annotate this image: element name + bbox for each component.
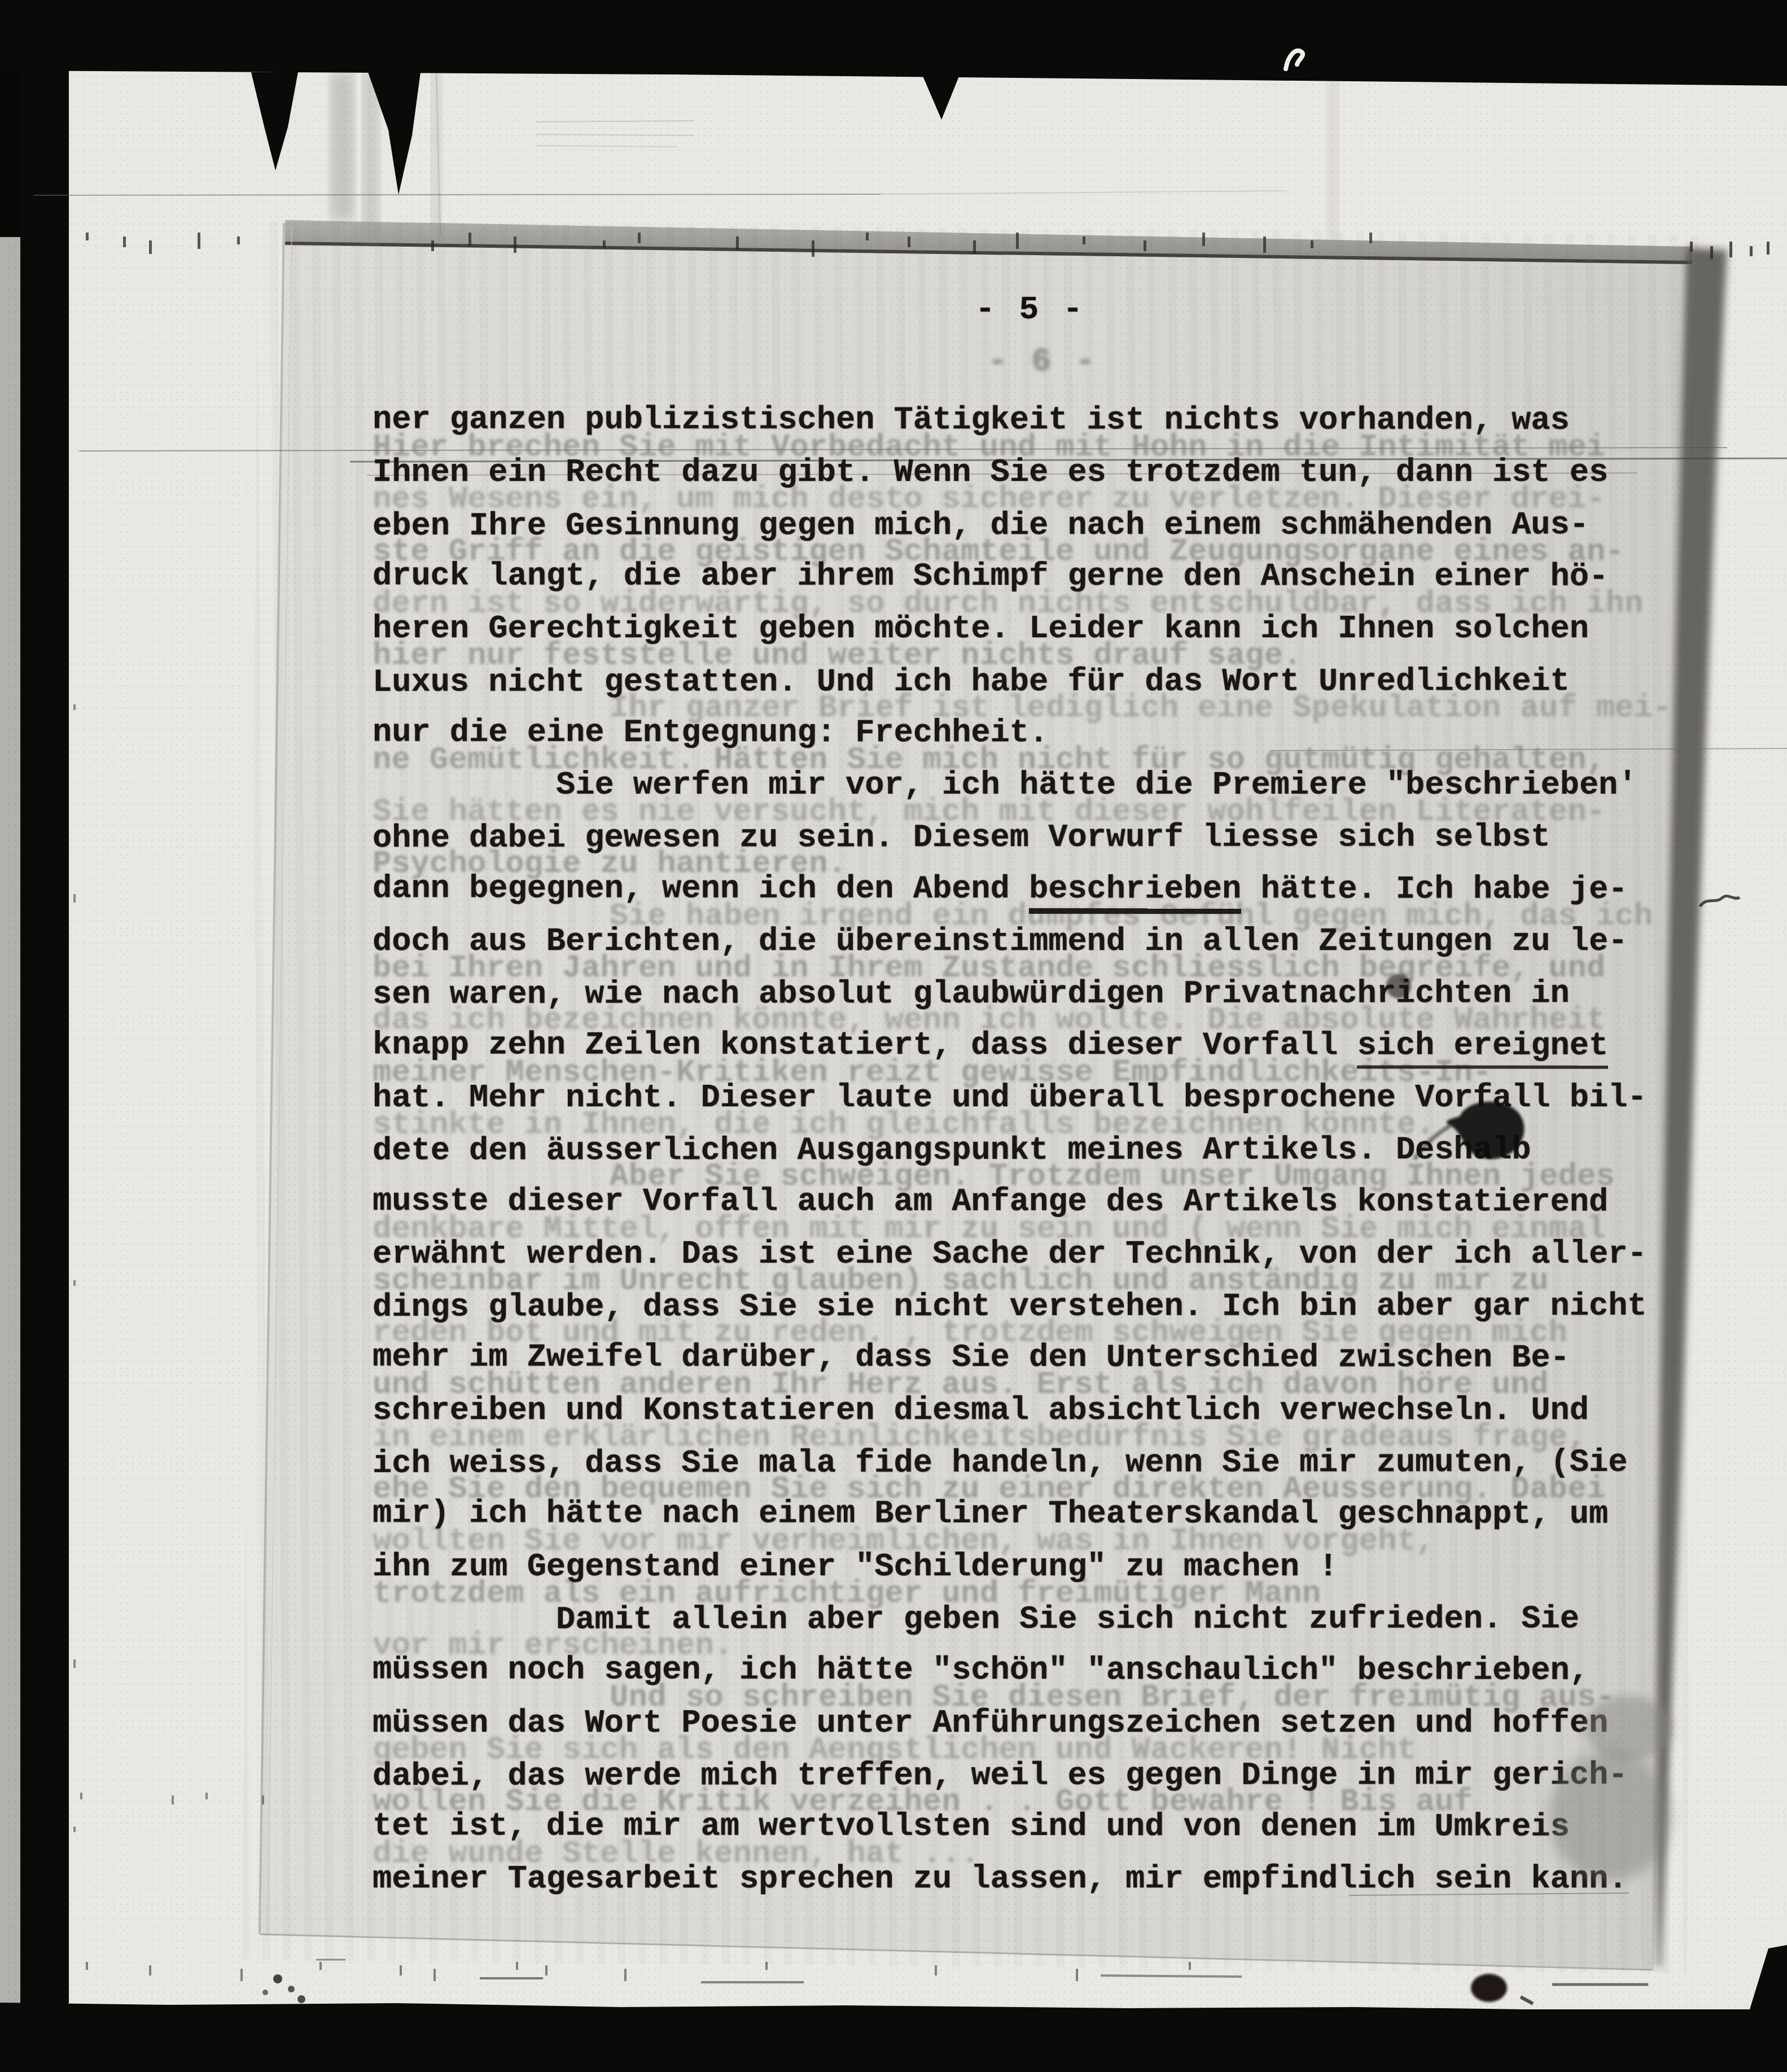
tick-mark bbox=[205, 1793, 208, 1799]
film-tick-marks bbox=[0, 0, 1787, 2072]
tick-mark bbox=[433, 1969, 436, 1981]
tick-mark bbox=[73, 1659, 76, 1668]
tick-mark bbox=[262, 1795, 264, 1804]
tick-mark bbox=[603, 240, 606, 248]
tick-mark bbox=[73, 894, 76, 903]
tick-mark bbox=[1144, 240, 1146, 251]
tick-mark bbox=[149, 1965, 151, 1975]
tick-mark bbox=[1083, 236, 1085, 244]
tick-mark bbox=[86, 233, 89, 240]
tick-mark bbox=[149, 240, 152, 254]
tick-mark bbox=[468, 233, 471, 246]
tick-mark bbox=[973, 240, 976, 254]
tick-mark bbox=[1767, 242, 1770, 255]
tick-mark bbox=[736, 236, 739, 250]
tick-mark bbox=[400, 1965, 402, 1975]
tick-mark bbox=[1076, 1969, 1078, 1981]
tick-mark bbox=[1189, 1962, 1191, 1970]
tick-mark bbox=[123, 236, 126, 247]
tick-mark bbox=[319, 1962, 322, 1970]
tick-mark bbox=[908, 236, 910, 247]
tick-mark bbox=[765, 1962, 768, 1970]
tick-mark bbox=[935, 1965, 937, 1975]
tick-mark bbox=[1016, 233, 1019, 249]
tick-mark bbox=[1690, 242, 1693, 252]
tick-mark bbox=[1750, 246, 1753, 256]
tick-mark bbox=[516, 1962, 518, 1970]
tick-mark bbox=[172, 1795, 174, 1804]
tick-mark bbox=[812, 240, 814, 257]
tick-mark bbox=[73, 1280, 76, 1286]
tick-mark bbox=[73, 1826, 76, 1832]
tick-mark bbox=[545, 1965, 548, 1975]
tick-mark bbox=[1369, 233, 1372, 243]
tick-mark bbox=[198, 233, 200, 249]
tick-mark bbox=[1202, 233, 1205, 246]
tick-mark bbox=[624, 1969, 627, 1981]
tick-mark bbox=[86, 1962, 88, 1970]
tick-mark bbox=[73, 704, 76, 710]
tick-mark bbox=[866, 233, 869, 240]
tick-mark bbox=[80, 1793, 82, 1799]
tick-mark bbox=[240, 1969, 243, 1981]
tick-mark bbox=[237, 236, 240, 244]
tick-mark bbox=[1729, 242, 1732, 257]
scanned-letter-page: Hier brechen Sie mit Vorbedacht und mit … bbox=[0, 0, 1787, 2072]
tick-mark bbox=[638, 233, 641, 243]
tick-mark bbox=[1311, 240, 1313, 248]
tick-mark bbox=[1263, 236, 1266, 253]
tick-mark bbox=[431, 240, 434, 251]
tick-mark bbox=[514, 236, 516, 253]
tick-mark bbox=[1710, 246, 1713, 259]
